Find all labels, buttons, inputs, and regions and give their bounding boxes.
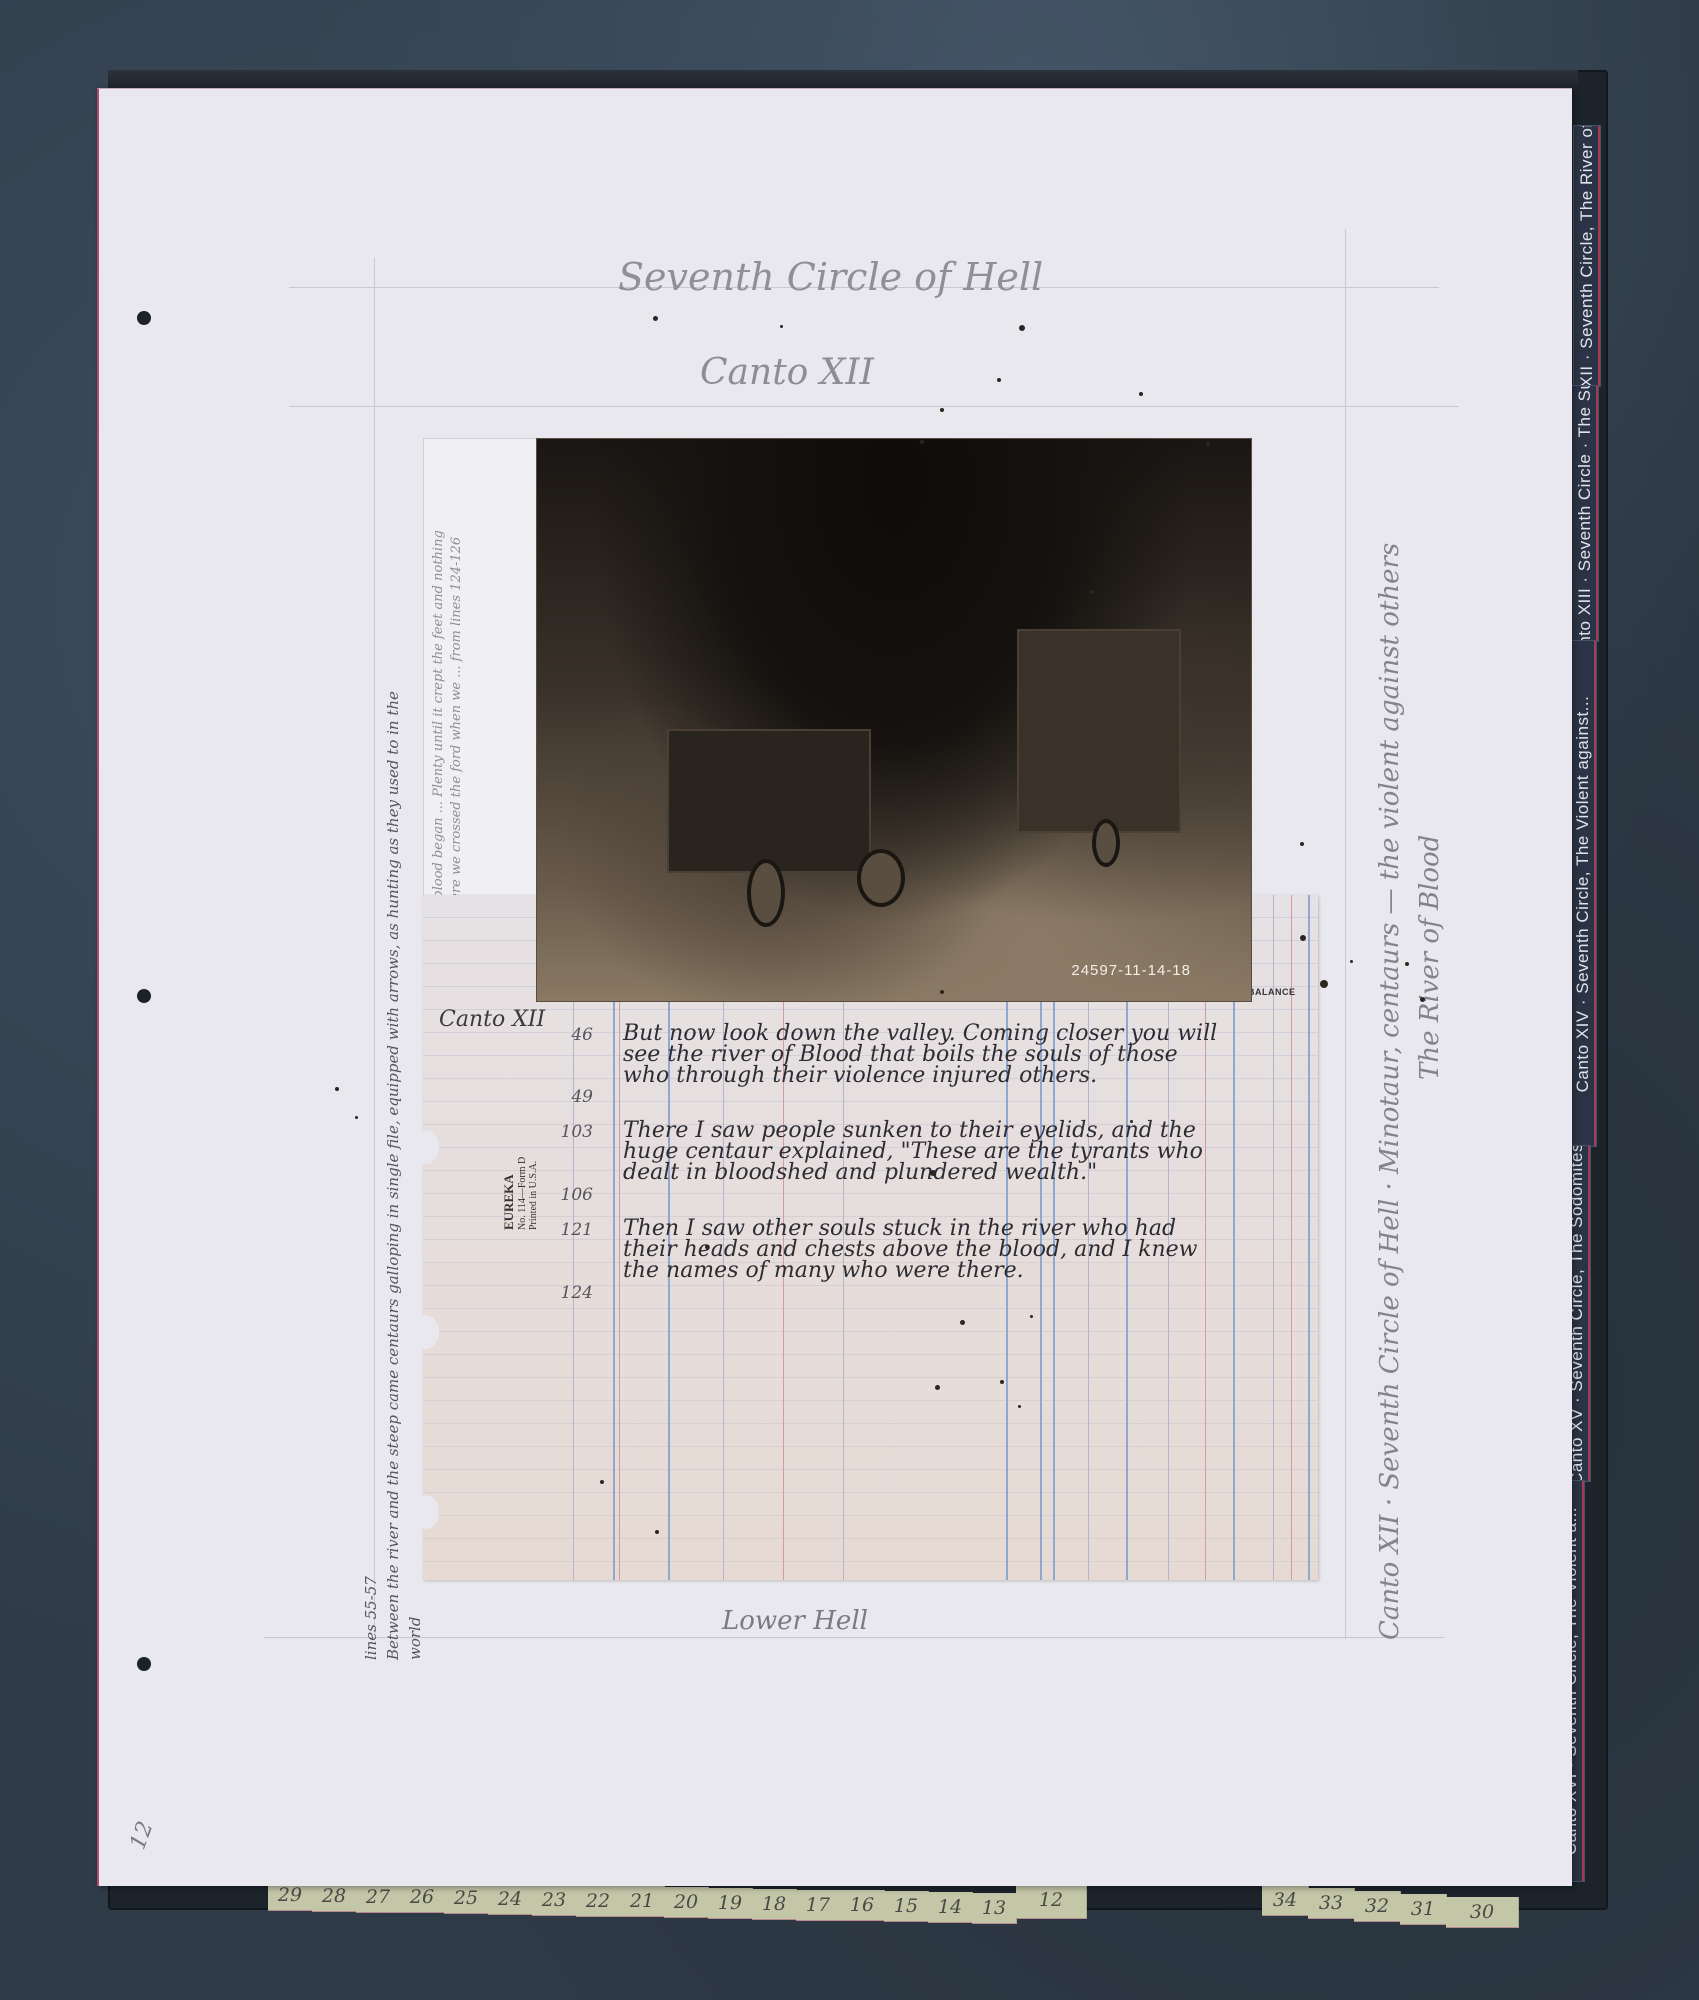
index-tab[interactable]: 15 [884, 1891, 929, 1922]
canto-heading: Canto XII [700, 352, 874, 393]
punch-hole [137, 989, 151, 1003]
balance-column-label: BALANCE [1248, 987, 1296, 997]
line-number: 124 [553, 1283, 593, 1303]
index-tab[interactable]: 24 [488, 1884, 533, 1915]
archival-photograph: 24597-11-14-18 [536, 438, 1252, 1002]
wheel-shape [857, 849, 905, 907]
index-tab[interactable]: 27 [356, 1882, 401, 1913]
ledger-entry: But now look down the valley. Coming clo… [623, 1023, 1223, 1086]
cart-shape [1017, 629, 1181, 833]
spine-tab-canto-12[interactable]: Canto XII · Seventh Circle, The River of… [1573, 125, 1601, 387]
line-number: 49 [553, 1087, 593, 1107]
right-margin-note: Canto XII · Seventh Circle of Hell · Min… [1370, 310, 1450, 1640]
index-tab[interactable]: 14 [928, 1892, 973, 1923]
line-number: 103 [553, 1122, 593, 1142]
index-tab[interactable]: 16 [840, 1890, 885, 1921]
left-margin-note: lines 55-57 Between the river and the st… [360, 670, 426, 1660]
guide-line [1345, 229, 1346, 1639]
index-tab[interactable]: 20 [664, 1887, 709, 1918]
index-tab[interactable]: 21 [620, 1886, 665, 1917]
line-number: 106 [553, 1185, 593, 1205]
spine-tab-canto-13[interactable]: Canto XIII · Seventh Circle · The Sui... [1571, 385, 1599, 642]
index-tab[interactable]: 26 [400, 1882, 445, 1913]
index-tab[interactable]: 17 [796, 1890, 841, 1921]
cart-shape [667, 729, 871, 873]
index-tab[interactable]: 22 [576, 1886, 621, 1917]
punch-hole [137, 311, 151, 325]
photo-id-stamp: 24597-11-14-18 [1071, 962, 1191, 979]
footer-label: Lower Hell [722, 1606, 868, 1636]
line-number: 46 [553, 1025, 593, 1045]
index-tab[interactable]: 18 [752, 1889, 797, 1920]
ledger-heading: Canto XII [439, 1007, 545, 1032]
line-number: 121 [553, 1220, 593, 1240]
wheel-shape [1092, 819, 1120, 867]
guide-line [289, 406, 1459, 407]
ledger-entry: There I saw people sunken to their eyeli… [623, 1120, 1223, 1183]
punch-hole [137, 1657, 151, 1671]
index-tab[interactable]: 19 [708, 1888, 753, 1919]
index-tab[interactable]: 25 [444, 1883, 489, 1914]
ledger-entry: Then I saw other souls stuck in the rive… [623, 1218, 1223, 1281]
index-tab[interactable]: 13 [972, 1893, 1017, 1924]
wheel-shape [747, 859, 785, 927]
ledger-brand-imprint: EUREKA No. 114—Form D Printed in U.S.A. [501, 1157, 539, 1230]
index-tab[interactable]: 31 [1400, 1894, 1447, 1925]
index-tab[interactable]: 30 [1446, 1897, 1519, 1928]
index-tab[interactable]: 23 [532, 1885, 577, 1916]
spine-tab-canto-14[interactable]: Canto XIV · Seventh Circle, The Violent … [1569, 640, 1597, 1147]
page-title: Seventh Circle of Hell [618, 255, 1043, 299]
index-tab[interactable]: 33 [1308, 1888, 1355, 1919]
guide-line [264, 1637, 1444, 1638]
index-tab[interactable]: 32 [1354, 1891, 1401, 1922]
index-tab[interactable]: 34 [1262, 1885, 1309, 1916]
